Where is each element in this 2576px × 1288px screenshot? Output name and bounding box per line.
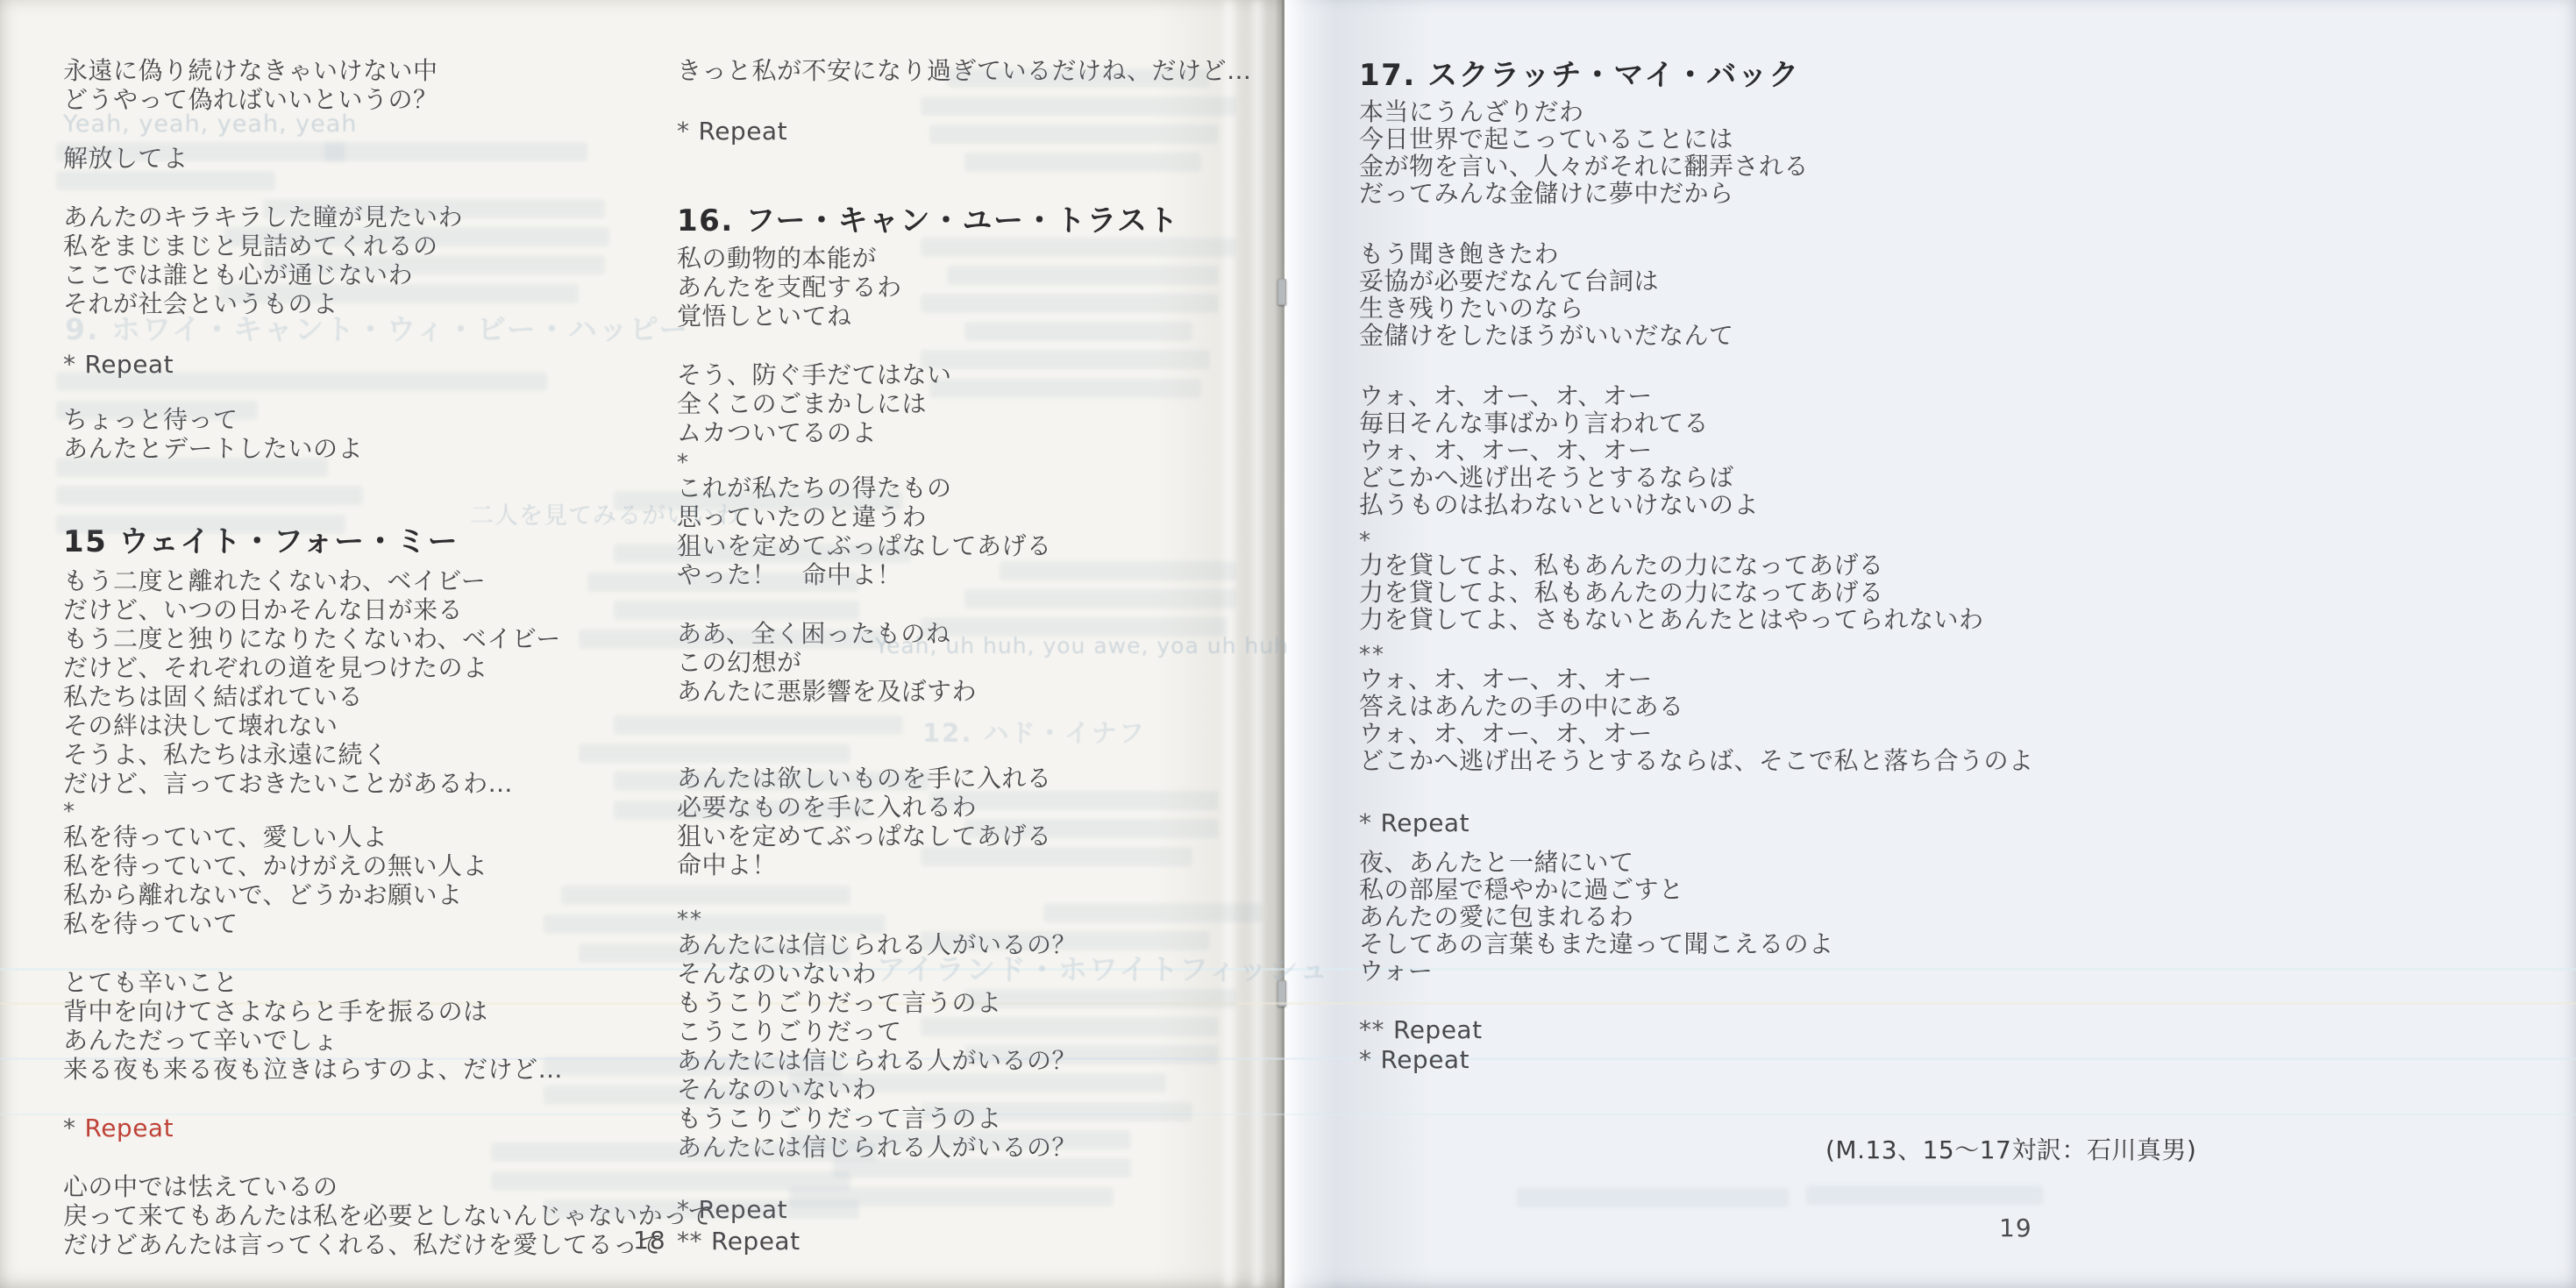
- repeat-stanza: *Repeat: [63, 1114, 677, 1142]
- bleedthrough-smudge: [579, 630, 886, 649]
- bleedthrough-text: 9. ホワイ・キャント・ウィ・ビー・ハッピー: [65, 307, 689, 348]
- bleedthrough-smudge: [964, 153, 1201, 172]
- bleedthrough-smudge: [789, 1073, 1166, 1092]
- lyric-line: どこかへ逃げ出そうとするならば: [1359, 464, 2253, 491]
- repeat-marker: *: [1359, 808, 1372, 837]
- lyric-line: とても辛いこと: [63, 968, 677, 997]
- bleedthrough-smudge: [614, 772, 929, 791]
- bleedthrough-smudge: [964, 322, 1192, 341]
- lyric-stanza: 夜、あんたと一緒にいて私の部屋で穏やかに過ごすとあんたの愛に包まれるわそしてあの…: [1359, 849, 2253, 985]
- lyric-line: もう聞き飽きたわ: [1359, 240, 2253, 267]
- lyric-line: 私の部屋で穏やかに過ごすと: [1359, 876, 2253, 903]
- lyric-line: だけど、言っておきたいことがあるわ…: [63, 769, 677, 798]
- bleedthrough-smudge: [964, 819, 1219, 838]
- bleedthrough-smudge: [56, 372, 547, 391]
- bleedthrough-smudge: [921, 847, 1192, 866]
- bleedthrough-smudge: [56, 171, 275, 190]
- bleedthrough-smudge: [263, 199, 605, 218]
- bleedthrough-smudge: [921, 238, 1236, 257]
- lyric-line: ウォー: [1359, 957, 2253, 985]
- lyric-line: あんただって辛いでしょ: [63, 1026, 677, 1055]
- repeat-marker: **: [1359, 1015, 1384, 1044]
- bleedthrough-smudge: [921, 1102, 1192, 1121]
- song-heading: 17. スクラッチ・マイ・バック: [1359, 56, 2253, 95]
- bleedthrough-smudge: [579, 744, 850, 763]
- lyric-line: 力を貸してよ、私もあんたの力になってあげる: [1359, 551, 2253, 579]
- bleedthrough-smudge: [921, 350, 1210, 369]
- lyric-line: 私を待っていて、愛しい人よ: [63, 822, 677, 851]
- lyric-line: あんたに悪影響を及ぼすわ: [677, 677, 1291, 706]
- bleedthrough-smudge: [1043, 903, 1263, 922]
- lyric-line: 私たちは固く結ばれている: [63, 682, 677, 711]
- song-heading: 16. フー・キャン・ユー・トラスト: [677, 202, 1291, 240]
- lyric-stanza: **ウォ、オ、オー、オ、オー答えはあんたの手の中にあるウォ、オ、オー、オ、オーど…: [1359, 644, 2253, 774]
- repeat-marker: *: [63, 801, 677, 822]
- bleedthrough-text: 12. ハド・イナフ: [922, 714, 1146, 750]
- bleedthrough-smudge: [1517, 1188, 1789, 1207]
- booklet-spread: 永遠に偽り続けなきゃいけない中どうやって偽ればいいというの？解放してよあんたのキ…: [0, 0, 2576, 1288]
- lyric-line: ウォ、オ、オー、オ、オー: [1359, 382, 2253, 409]
- repeat-stanza: **Repeat: [677, 1227, 1291, 1256]
- lyric-stanza: そう、防ぐ手だてはない全くこのごまかしにはムカついてるのよ: [677, 360, 1291, 447]
- bleedthrough-smudge: [964, 1045, 1219, 1064]
- repeat-word: Repeat: [699, 117, 788, 146]
- repeat-marker: **: [1359, 644, 2253, 665]
- lyric-line: 私を待っていて、かけがえの無い人よ: [63, 851, 677, 880]
- bleedthrough-smudge: [1000, 561, 1236, 580]
- repeat-instruction: *Repeat: [1359, 1046, 2253, 1073]
- bleedthrough-smudge: [56, 515, 345, 534]
- repeat-instruction: *Repeat: [63, 1114, 677, 1142]
- bleedthrough-smudge: [614, 544, 912, 563]
- bleedthrough-smudge: [544, 1085, 815, 1105]
- bleedthrough-smudge: [56, 142, 345, 161]
- bleedthrough-smudge: [833, 1158, 1131, 1178]
- page-number-18: 18: [633, 1226, 666, 1255]
- bleedthrough-text: アイランド・ホワイトフィッシュ: [877, 947, 1330, 988]
- lyric-line: 金が物を言い、人々がそれに翻弄される: [1359, 153, 2253, 180]
- bleedthrough-smudge: [587, 573, 859, 592]
- bleedthrough-smudge: [929, 125, 1219, 144]
- repeat-instruction: **Repeat: [677, 1227, 1291, 1256]
- lyric-line: ウォ、オ、オー、オ、オー: [1359, 720, 2253, 747]
- repeat-word: Repeat: [85, 1114, 174, 1142]
- bleedthrough-smudge: [964, 989, 1236, 1008]
- lyric-line: 金儲けをしたほうがいいだなんて: [1359, 322, 2253, 349]
- bleedthrough-smudge: [921, 294, 1219, 313]
- lyric-line: だけどあんたは言ってくれる、私だけを愛してるって: [63, 1230, 677, 1259]
- repeat-instruction: *Repeat: [1359, 809, 2253, 836]
- lyric-line: 答えはあんたの手の中にある: [1359, 693, 2253, 720]
- lyric-line: だってみんな金儲けに夢中だから: [1359, 180, 2253, 207]
- lyric-line: 生き残りたいのなら: [1359, 295, 2253, 322]
- repeat-stanza: **Repeat: [1359, 1016, 2253, 1043]
- repeat-stanza: *Repeat: [1359, 1046, 2253, 1073]
- bleedthrough-text: Yeah, uh huh, you awe, yoa uh huh: [875, 633, 1289, 658]
- lyric-line: そしてあの言葉もまた違って聞こえるのよ: [1359, 930, 2253, 957]
- repeat-marker: *: [1359, 1045, 1372, 1074]
- lyric-line: 払うものは払わないといけないのよ: [1359, 491, 2253, 518]
- bleedthrough-smudge: [964, 589, 1236, 608]
- bleedthrough-smudge: [614, 715, 903, 735]
- bleedthrough-smudge: [1806, 1185, 2043, 1205]
- lyrics-column-right: 17. スクラッチ・マイ・バック本当にうんざりだわ今日世界で起こっていることには…: [1359, 56, 2253, 1073]
- lyric-line: あんたの愛に包まれるわ: [1359, 903, 2253, 930]
- repeat-word: Repeat: [1381, 808, 1470, 837]
- lyric-line: もう二度と離れたくないわ、ベイビー: [63, 566, 677, 595]
- lyric-line: 今日世界で起こっていることには: [1359, 125, 2253, 153]
- repeat-marker: *: [63, 1114, 76, 1142]
- page-number-19: 19: [1999, 1213, 2032, 1242]
- bleedthrough-smudge: [56, 458, 328, 477]
- lyric-line: その絆は決して壊れない: [63, 711, 677, 740]
- repeat-marker: *: [677, 117, 690, 146]
- bleedthrough-smudge: [614, 801, 868, 820]
- bleedthrough-smudge: [947, 68, 1210, 88]
- lyric-line: 夜、あんたと一緒にいて: [1359, 849, 2253, 876]
- lyric-line: ムカついてるのよ: [677, 418, 1291, 447]
- repeat-stanza: *Repeat: [1359, 809, 2253, 836]
- bleedthrough-smudge: [921, 931, 1210, 950]
- lyric-line: 毎日そんな事ばかり言われてる: [1359, 409, 2253, 437]
- repeat-word: Repeat: [711, 1227, 801, 1256]
- lyric-stanza: もう二度と離れたくないわ、ベイビーだけど、いつの日かそんな日が来るもう二度と独り…: [63, 566, 677, 798]
- bleedthrough-text: Yeah, yeah, yeah, yeah: [63, 110, 357, 138]
- bleedthrough-smudge: [614, 601, 859, 620]
- repeat-word: Repeat: [1381, 1045, 1470, 1074]
- bleedthrough-smudge: [921, 96, 1236, 116]
- bleedthrough-smudge: [219, 284, 579, 303]
- lyric-stanza: 永遠に偽り続けなきゃいけない中どうやって偽ればいいというの？: [63, 56, 677, 114]
- bleedthrough-smudge: [614, 491, 903, 510]
- bleedthrough-smudge: [929, 791, 1219, 810]
- bleedthrough-smudge: [263, 255, 605, 274]
- bleedthrough-smudge: [947, 266, 1219, 285]
- lyric-line: だけど、それぞれの道を見つけたのよ: [63, 653, 677, 682]
- lyric-stanza: ウォ、オ、オー、オ、オー毎日そんな事ばかり言われてるウォ、オ、オー、オ、オーどこ…: [1359, 382, 2253, 518]
- repeat-marker: *: [1359, 530, 2253, 551]
- repeat-marker: *: [677, 452, 1291, 473]
- lyric-line: 背中を向けてさよならと手を振るのは: [63, 997, 677, 1026]
- bleedthrough-smudge: [56, 401, 258, 420]
- bleedthrough-smudge: [921, 617, 1228, 637]
- bleedthrough-smudge: [789, 1130, 1131, 1149]
- repeat-instruction: **Repeat: [1359, 1016, 2253, 1043]
- repeat-marker: **: [677, 1227, 702, 1256]
- lyric-line: 力を貸してよ、私もあんたの力になってあげる: [1359, 579, 2253, 606]
- lyric-line: 永遠に偽り続けなきゃいけない中: [63, 56, 677, 85]
- bleedthrough-smudge: [929, 379, 1201, 398]
- bleedthrough-smudge: [579, 943, 850, 963]
- lyric-line: だけど、いつの日かそんな日が来る: [63, 595, 677, 624]
- repeat-word: Repeat: [1393, 1015, 1483, 1044]
- lyric-stanza: 本当にうんざりだわ今日世界で起こっていることには金が物を言い、人々がそれに翻弄さ…: [1359, 98, 2253, 207]
- lyric-line: 本当にうんざりだわ: [1359, 98, 2253, 125]
- lyric-line: どこかへ逃げ出そうとするならば、そこで私と落ち合うのよ: [1359, 747, 2253, 774]
- bleedthrough-smudge: [324, 142, 587, 161]
- bleedthrough-smudge: [224, 227, 609, 246]
- lyric-line: ウォ、オ、オー、オ、オー: [1359, 437, 2253, 464]
- bleedthrough-smudge: [921, 1017, 1219, 1036]
- lyric-stanza: *力を貸してよ、私もあんたの力になってあげる力を貸してよ、私もあんたの力になって…: [1359, 530, 2253, 633]
- bleedthrough-smudge: [544, 914, 886, 934]
- translator-credit: (M.13、15～17対訳：石川真男): [1825, 1131, 2196, 1166]
- lyric-line: 妥協が必要だなんて台詞は: [1359, 267, 2253, 295]
- lyric-line: ウォ、オ、オー、オ、オー: [1359, 665, 2253, 693]
- bleedthrough-smudge: [561, 886, 850, 905]
- lyric-stanza: もう聞き飽きたわ妥協が必要だなんて台詞は生き残りたいのなら金儲けをしたほうがいい…: [1359, 240, 2253, 349]
- bleedthrough-smudge: [789, 1187, 1114, 1206]
- bleedthrough-smudge: [56, 486, 363, 505]
- lyric-line: 力を貸してよ、さもないとあんたとはやってられないわ: [1359, 606, 2253, 633]
